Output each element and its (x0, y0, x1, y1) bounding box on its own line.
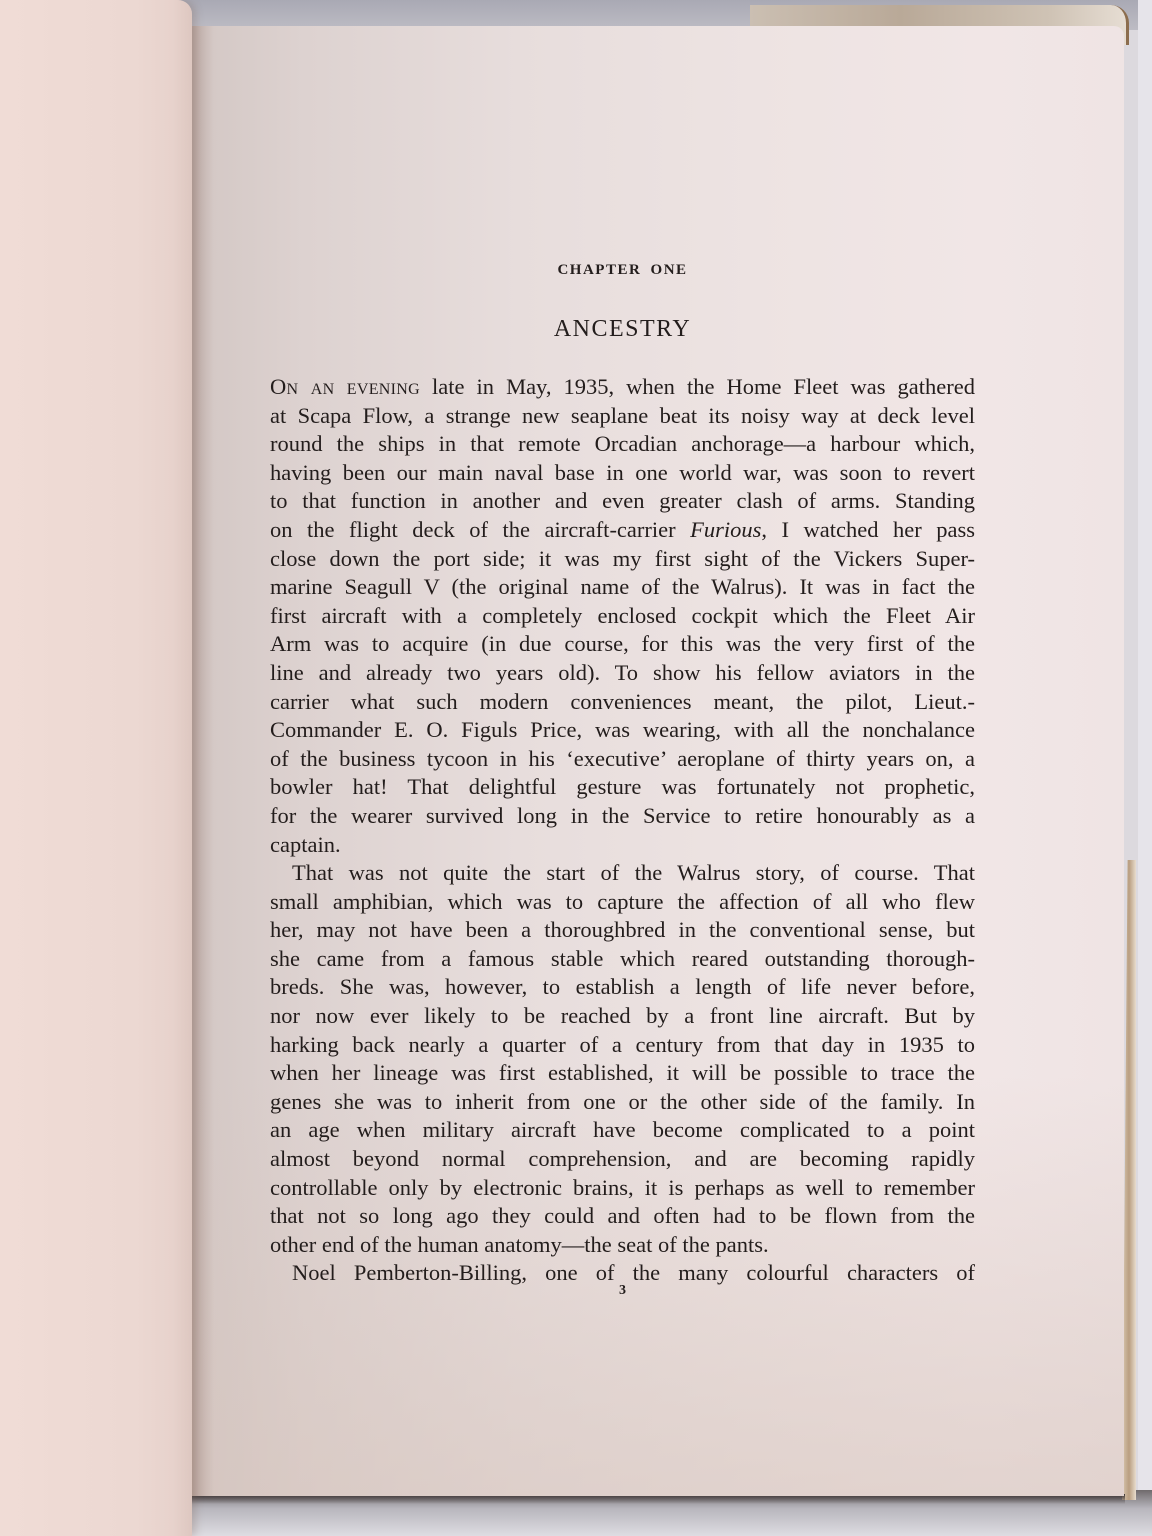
paragraph-1: On an evening late in May, 1935, when th… (270, 373, 975, 859)
text-line: line and already two years old). To show… (270, 659, 975, 688)
text-line: nor now ever likely to be reached by a f… (270, 1002, 975, 1031)
text-line: her, may not have been a thoroughbred in… (270, 916, 975, 945)
text-line: an age when military aircraft have becom… (270, 1116, 975, 1145)
text-line: round the ships in that remote Orcadian … (270, 430, 975, 459)
text-line: she came from a famous stable which rear… (270, 945, 975, 974)
text-line: that not so long ago they could and ofte… (270, 1202, 975, 1231)
text-line: Arm was to acquire (in due course, for t… (270, 630, 975, 659)
text-line: breds. She was, however, to establish a … (270, 973, 975, 1002)
text-line: for the wearer survived long in the Serv… (270, 802, 975, 831)
text-line: when her lineage was first established, … (270, 1059, 975, 1088)
backdrop-right (1138, 0, 1152, 1536)
ship-name-italic: Furious (690, 517, 761, 542)
text-line: harking back nearly a quarter of a centu… (270, 1031, 975, 1060)
opening-smallcaps: On an evening (270, 374, 420, 399)
chapter-label: CHAPTER ONE (270, 262, 975, 279)
chapter-title: ANCESTRY (270, 316, 975, 343)
text-line: bowler hat! That delightful gesture was … (270, 773, 975, 802)
text-line: at Scapa Flow, a strange new seaplane be… (270, 402, 975, 431)
page-number: 3 (270, 1283, 975, 1299)
text-line: Commander E. O. Figuls Price, was wearin… (270, 716, 975, 745)
text-line: of the business tycoon in his ‘executive… (270, 745, 975, 774)
text-line: carrier what such modern conveniences me… (270, 688, 975, 717)
paragraph-2: That was not quite the start of the Walr… (270, 859, 975, 1259)
text-line: on the flight deck of the aircraft-carri… (270, 516, 975, 545)
text-line: controllable only by electronic brains, … (270, 1174, 975, 1203)
text-line: marine Seagull V (the original name of t… (270, 573, 975, 602)
text-line: almost beyond normal comprehension, and … (270, 1145, 975, 1174)
gutter-shadow (192, 26, 214, 1496)
text-line: other end of the human anatomy—the seat … (270, 1231, 975, 1260)
body-text: On an evening late in May, 1935, when th… (270, 373, 975, 1288)
text-line: genes she was to inherit from one or the… (270, 1088, 975, 1117)
text-line: close down the port side; it was my firs… (270, 545, 975, 574)
text-line: small amphibian, which was to capture th… (270, 888, 975, 917)
book-cover-fore-edge (1122, 860, 1136, 1500)
text-line: to that function in another and even gre… (270, 487, 975, 516)
left-flyleaf-page (0, 0, 192, 1536)
text-line: first aircraft with a completely enclose… (270, 602, 975, 631)
text-line: That was not quite the start of the Walr… (270, 859, 975, 888)
text-line: captain. (270, 831, 975, 860)
text-line: having been our main naval base in one w… (270, 459, 975, 488)
text-line: On an evening late in May, 1935, when th… (270, 373, 975, 402)
